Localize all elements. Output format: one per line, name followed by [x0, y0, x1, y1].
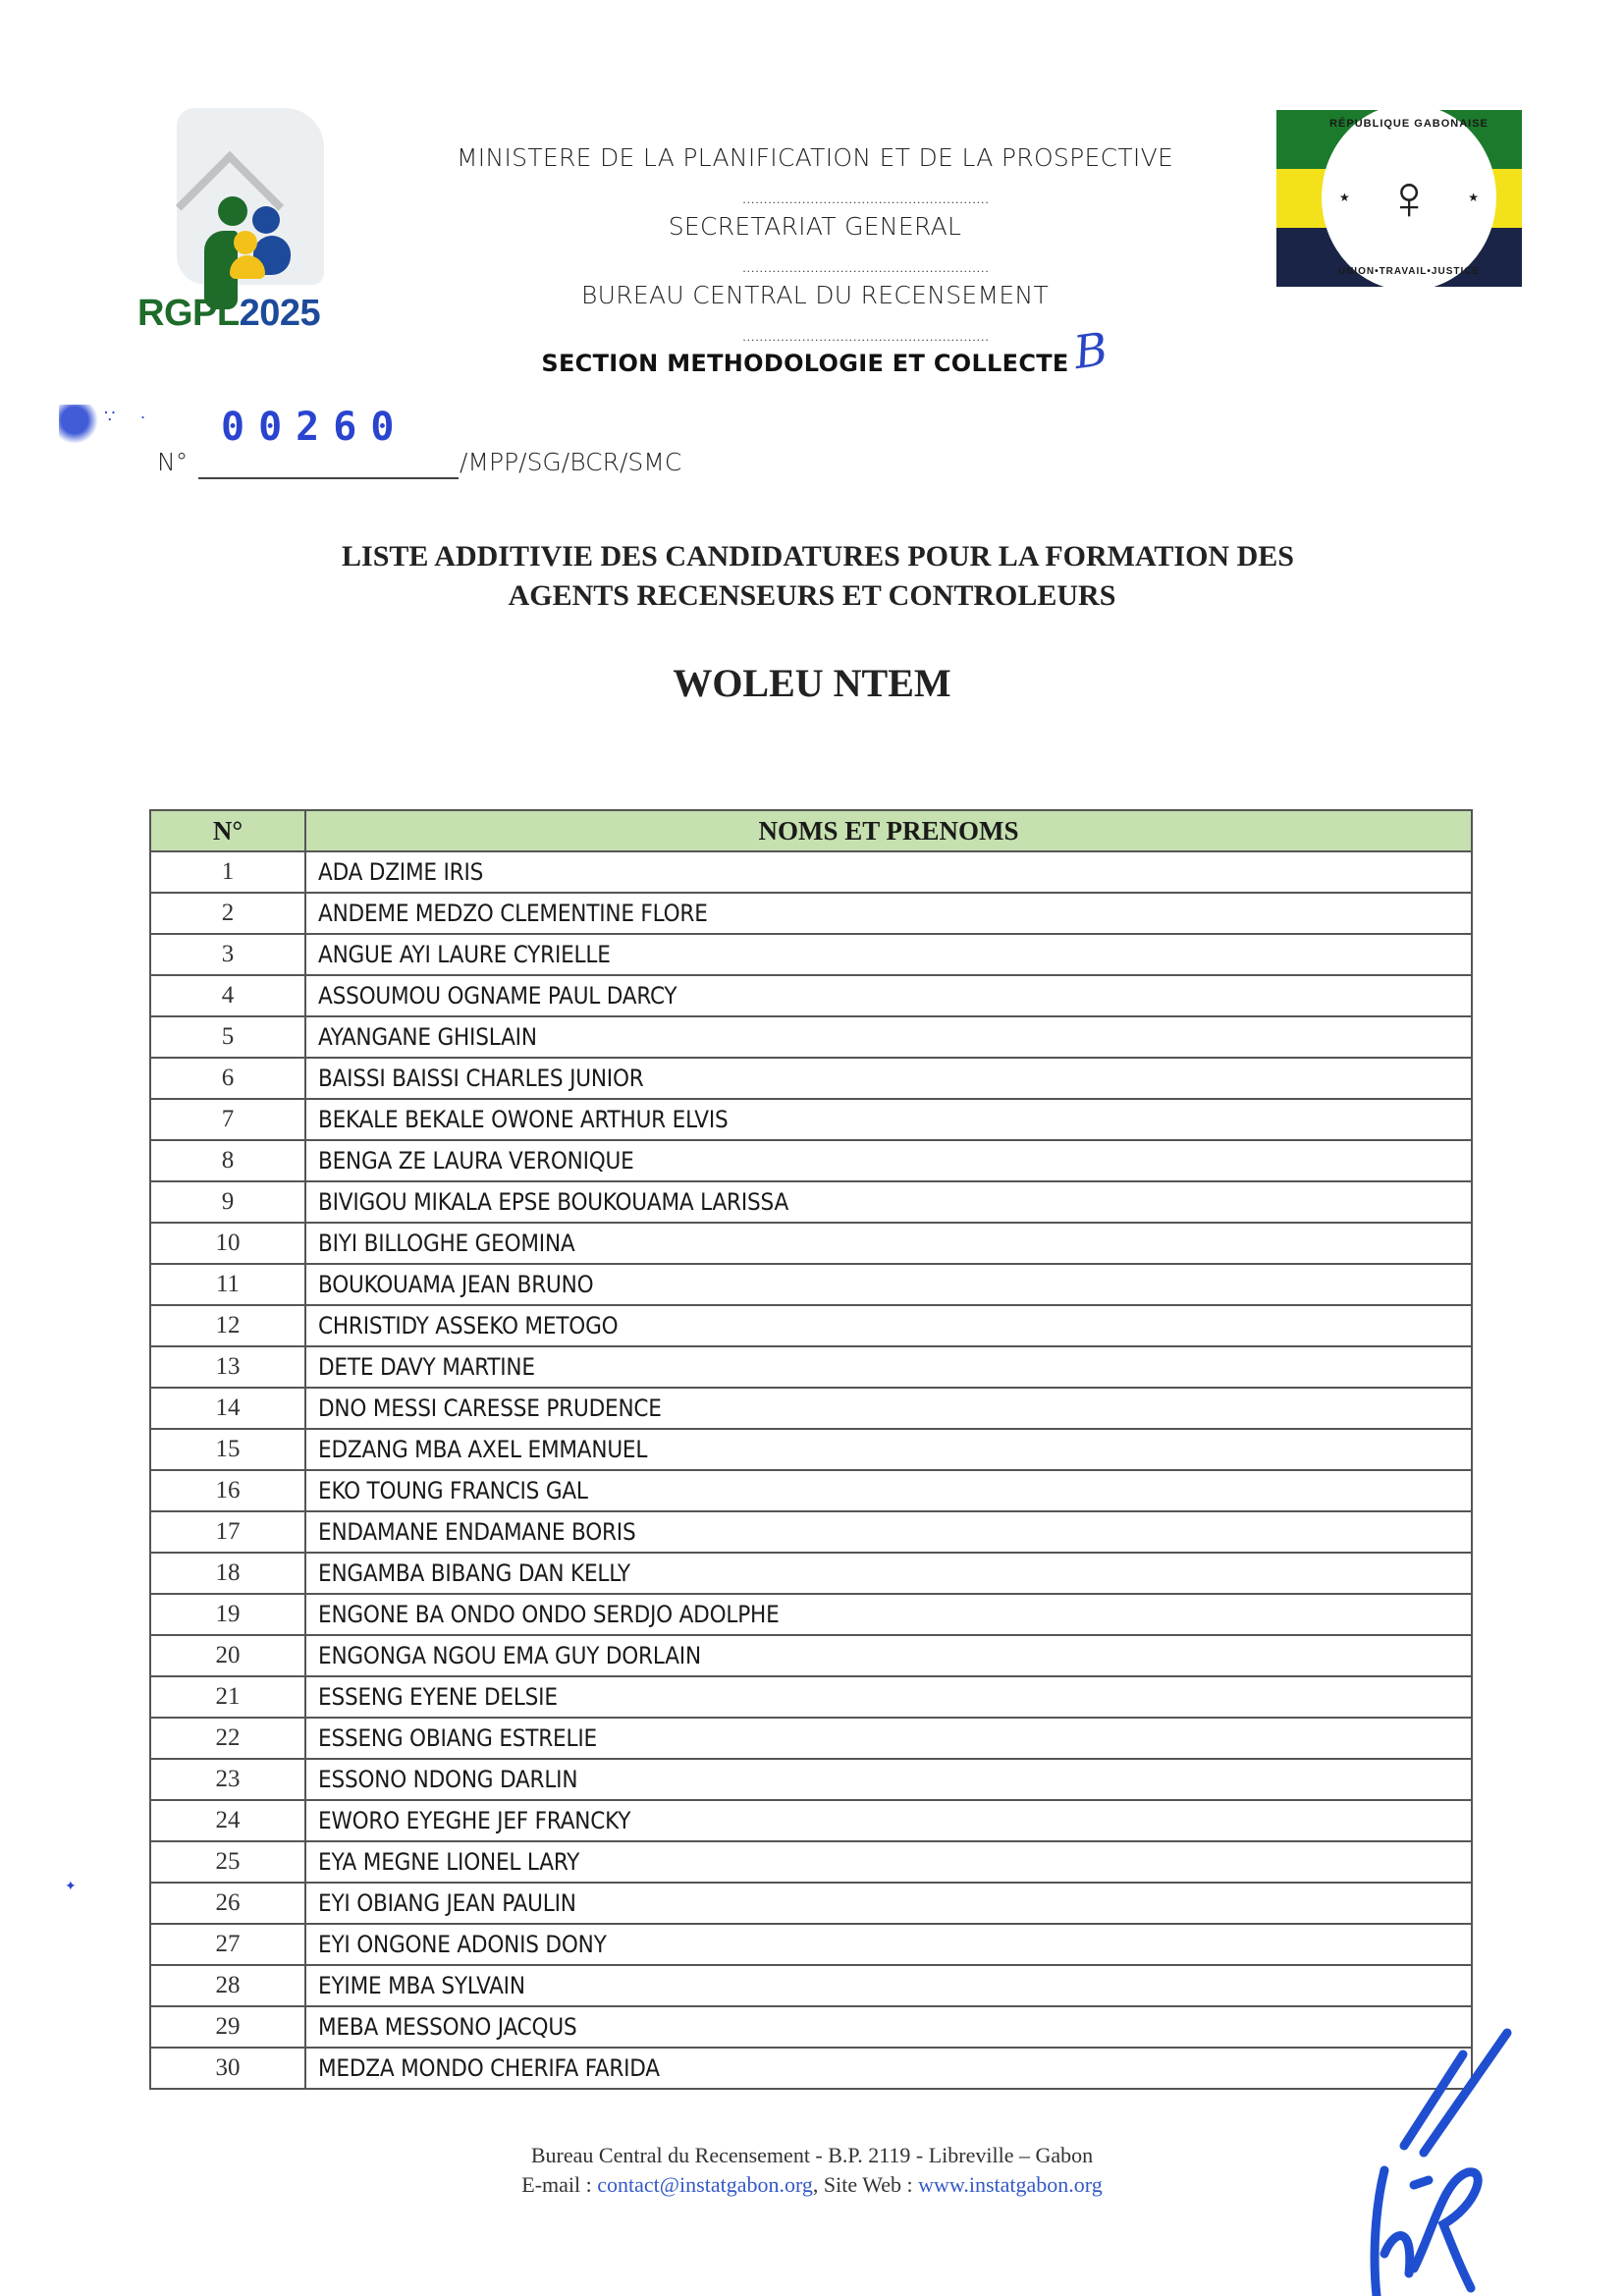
row-number: 14 — [150, 1388, 305, 1429]
row-number: 27 — [150, 1924, 305, 1965]
rgpl2025-logo: RGPL2025 — [137, 108, 363, 344]
person-yellow-head-icon — [234, 231, 257, 254]
number-underline — [198, 477, 459, 479]
candidate-name: ENDAMANE ENDAMANE BORIS — [305, 1511, 1472, 1553]
row-number: 2 — [150, 893, 305, 934]
row-number: 9 — [150, 1181, 305, 1223]
table-row: 12CHRISTIDY ASSEKO METOGO — [150, 1305, 1472, 1346]
row-number: 22 — [150, 1718, 305, 1759]
table-row: 25EYA MEGNE LIONEL LARY — [150, 1841, 1472, 1883]
logo-brand-text: RGPL2025 — [137, 293, 320, 335]
candidate-name: BIYI BILLOGHE GEOMINA — [305, 1223, 1472, 1264]
row-number: 18 — [150, 1553, 305, 1594]
seal-motto-text: UNION•TRAVAIL•JUSTICE — [1322, 266, 1496, 277]
table-row: 14DNO MESSI CARESSE PRUDENCE — [150, 1388, 1472, 1429]
reference-suffix: /MPP/SG/BCR/SMC — [460, 448, 681, 476]
row-number: 7 — [150, 1099, 305, 1140]
table-row: 5AYANGANE GHISLAIN — [150, 1016, 1472, 1058]
bureau-name: BUREAU CENTRAL DU RECENSEMENT — [422, 281, 1208, 309]
stamp-ink-icon — [59, 405, 98, 444]
footer-email-link[interactable]: contact@instatgabon.org — [597, 2172, 813, 2197]
row-number: 24 — [150, 1800, 305, 1841]
row-number: 28 — [150, 1965, 305, 2006]
candidate-name: ENGAMBA BIBANG DAN KELLY — [305, 1553, 1472, 1594]
candidate-name: MEBA MESSONO JACQUS — [305, 2006, 1472, 2048]
table-row: 24EWORO EYEGHE JEF FRANCKY — [150, 1800, 1472, 1841]
table-row: 6BAISSI BAISSI CHARLES JUNIOR — [150, 1058, 1472, 1099]
table-row: 23ESSONO NDONG DARLIN — [150, 1759, 1472, 1800]
table-row: 10BIYI BILLOGHE GEOMINA — [150, 1223, 1472, 1264]
star-icon: ★ — [1468, 191, 1479, 204]
brand-year: 2025 — [240, 293, 321, 334]
person-green-head-icon — [218, 196, 247, 226]
footer-site-label: , Site Web : — [813, 2172, 918, 2197]
candidate-name: BENGA ZE LAURA VERONIQUE — [305, 1140, 1472, 1181]
candidate-name: ANDEME MEDZO CLEMENTINE FLORE — [305, 893, 1472, 934]
candidate-name: BAISSI BAISSI CHARLES JUNIOR — [305, 1058, 1472, 1099]
candidate-name: ENGONE BA ONDO ONDO SERDJO ADOLPHE — [305, 1594, 1472, 1635]
table-row: 15EDZANG MBA AXEL EMMANUEL — [150, 1429, 1472, 1470]
row-number: 1 — [150, 851, 305, 893]
table-row: 2ANDEME MEDZO CLEMENTINE FLORE — [150, 893, 1472, 934]
candidate-name: ANGUE AYI LAURE CYRIELLE — [305, 934, 1472, 975]
table-header-row: N° NOMS ET PRENOMS — [150, 810, 1472, 851]
document-title-line2: AGENTS RECENSEURS ET CONTROLEURS — [0, 579, 1624, 613]
gabon-flag-seal: RÉPUBLIQUE GABONAISE ★ ♀ ★ UNION•TRAVAIL… — [1276, 110, 1522, 287]
row-number: 19 — [150, 1594, 305, 1635]
table-row: 28EYIME MBA SYLVAIN — [150, 1965, 1472, 2006]
reference-number: ∵ · 00260 N° /MPP/SG/BCR/SMC — [59, 403, 746, 481]
row-number: 16 — [150, 1470, 305, 1511]
candidate-name: ESSENG OBIANG ESTRELIE — [305, 1718, 1472, 1759]
row-number: 26 — [150, 1883, 305, 1924]
table-row: 20ENGONGA NGOU EMA GUY DORLAIN — [150, 1635, 1472, 1676]
column-header-number: N° — [150, 810, 305, 851]
candidate-name: ENGONGA NGOU EMA GUY DORLAIN — [305, 1635, 1472, 1676]
row-number: 20 — [150, 1635, 305, 1676]
secretariat-name: SECRETARIAT GENERAL — [422, 212, 1208, 241]
candidate-name: EYA MEGNE LIONEL LARY — [305, 1841, 1472, 1883]
table-row: 27EYI ONGONE ADONIS DONY — [150, 1924, 1472, 1965]
table-row: 3ANGUE AYI LAURE CYRIELLE — [150, 934, 1472, 975]
row-number: 15 — [150, 1429, 305, 1470]
table-row: 1ADA DZIME IRIS — [150, 851, 1472, 893]
table-row: 21ESSENG EYENE DELSIE — [150, 1676, 1472, 1718]
candidate-name: ASSOUMOU OGNAME PAUL DARCY — [305, 975, 1472, 1016]
candidate-name: EYIME MBA SYLVAIN — [305, 1965, 1472, 2006]
document-title-line1: LISTE ADDITIVIE DES CANDIDATURES POUR LA… — [0, 540, 1624, 574]
table-body: 1ADA DZIME IRIS2ANDEME MEDZO CLEMENTINE … — [150, 851, 1472, 2089]
person-blue-head-icon — [252, 206, 280, 234]
row-number: 13 — [150, 1346, 305, 1388]
table-row: 16EKO TOUNG FRANCIS GAL — [150, 1470, 1472, 1511]
footer-email-label: E-mail : — [521, 2172, 597, 2197]
seal-top-text: RÉPUBLIQUE GABONAISE — [1322, 118, 1496, 130]
table-row: 29MEBA MESSONO JACQUS — [150, 2006, 1472, 2048]
row-number: 30 — [150, 2048, 305, 2089]
table-row: 8BENGA ZE LAURA VERONIQUE — [150, 1140, 1472, 1181]
row-number: 23 — [150, 1759, 305, 1800]
table-row: 22ESSENG OBIANG ESTRELIE — [150, 1718, 1472, 1759]
star-icon: ★ — [1339, 191, 1350, 204]
candidate-name: EKO TOUNG FRANCIS GAL — [305, 1470, 1472, 1511]
candidate-name: DETE DAVY MARTINE — [305, 1346, 1472, 1388]
row-number: 17 — [150, 1511, 305, 1553]
row-number: 21 — [150, 1676, 305, 1718]
row-number: 8 — [150, 1140, 305, 1181]
candidate-name: DNO MESSI CARESSE PRUDENCE — [305, 1388, 1472, 1429]
candidate-name: ESSENG EYENE DELSIE — [305, 1676, 1472, 1718]
row-number: 4 — [150, 975, 305, 1016]
footer-website-link[interactable]: www.instatgabon.org — [918, 2172, 1103, 2197]
row-number: 29 — [150, 2006, 305, 2048]
table-row: 26EYI OBIANG JEAN PAULIN — [150, 1883, 1472, 1924]
table-row: 4ASSOUMOU OGNAME PAUL DARCY — [150, 975, 1472, 1016]
row-number: 10 — [150, 1223, 305, 1264]
candidate-name: CHRISTIDY ASSEKO METOGO — [305, 1305, 1472, 1346]
stamp-number: 00260 — [221, 405, 407, 450]
candidate-name: EYI ONGONE ADONIS DONY — [305, 1924, 1472, 1965]
table-row: 30MEDZA MONDO CHERIFA FARIDA — [150, 2048, 1472, 2089]
candidate-name: EDZANG MBA AXEL EMMANUEL — [305, 1429, 1472, 1470]
candidate-name: ADA DZIME IRIS — [305, 851, 1472, 893]
table-row: 7BEKALE BEKALE OWONE ARTHUR ELVIS — [150, 1099, 1472, 1140]
candidate-name: AYANGANE GHISLAIN — [305, 1016, 1472, 1058]
candidate-name: MEDZA MONDO CHERIFA FARIDA — [305, 2048, 1472, 2089]
row-number: 6 — [150, 1058, 305, 1099]
candidate-name: ESSONO NDONG DARLIN — [305, 1759, 1472, 1800]
row-number: 12 — [150, 1305, 305, 1346]
table-row: 11BOUKOUAMA JEAN BRUNO — [150, 1264, 1472, 1305]
signature-icon — [1316, 2003, 1610, 2296]
candidate-name: EWORO EYEGHE JEF FRANCKY — [305, 1800, 1472, 1841]
row-number: 11 — [150, 1264, 305, 1305]
candidate-name: EYI OBIANG JEAN PAULIN — [305, 1883, 1472, 1924]
candidate-name: BEKALE BEKALE OWONE ARTHUR ELVIS — [305, 1099, 1472, 1140]
table-row: 17ENDAMANE ENDAMANE BORIS — [150, 1511, 1472, 1553]
ministry-name: MINISTERE DE LA PLANIFICATION ET DE LA P… — [422, 143, 1208, 172]
republic-seal: RÉPUBLIQUE GABONAISE ★ ♀ ★ UNION•TRAVAIL… — [1322, 104, 1496, 291]
table-row: 18ENGAMBA BIBANG DAN KELLY — [150, 1553, 1472, 1594]
table-row: 19ENGONE BA ONDO ONDO SERDJO ADOLPHE — [150, 1594, 1472, 1635]
handwritten-initial-mark: B — [1070, 322, 1110, 379]
column-header-name: NOMS ET PRENOMS — [305, 810, 1472, 851]
table-row: 13DETE DAVY MARTINE — [150, 1346, 1472, 1388]
mother-child-emblem-icon: ♀ — [1385, 161, 1433, 234]
row-number: 3 — [150, 934, 305, 975]
candidates-table: N° NOMS ET PRENOMS 1ADA DZIME IRIS2ANDEM… — [149, 809, 1473, 2090]
number-label: N° — [157, 448, 188, 476]
stamp-dots: ∵ · — [104, 407, 155, 427]
handwritten-signature — [1316, 2003, 1610, 2296]
brand-rgpl: RGPL — [137, 293, 240, 334]
candidate-name: BOUKOUAMA JEAN BRUNO — [305, 1264, 1472, 1305]
separator-dots-1: ........................................… — [699, 192, 1033, 206]
separator-dots-3: ........................................… — [699, 330, 1033, 344]
candidate-name: BIVIGOU MIKALA EPSE BOUKOUAMA LARISSA — [305, 1181, 1472, 1223]
row-number: 5 — [150, 1016, 305, 1058]
region-title: WOLEU NTEM — [0, 660, 1624, 706]
separator-dots-2: ........................................… — [699, 261, 1033, 275]
row-number: 25 — [150, 1841, 305, 1883]
table-row: 9BIVIGOU MIKALA EPSE BOUKOUAMA LARISSA — [150, 1181, 1472, 1223]
margin-ink-mark: ✦ — [65, 1878, 77, 1894]
